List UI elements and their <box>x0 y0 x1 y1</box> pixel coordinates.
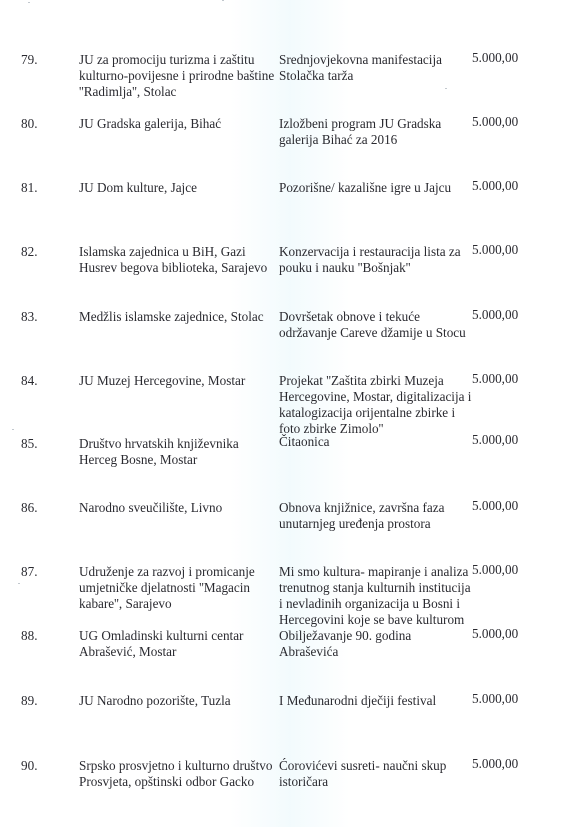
program-line: Konzervacija i restauracija lista za <box>279 244 469 260</box>
organization-line: Medžlis islamske zajednice, Stolac <box>79 309 274 325</box>
program: Dovršetak obnove i tekuće održavanje Car… <box>279 309 469 341</box>
row-number: 79. <box>21 52 61 68</box>
organization-line: Udruženje za razvoj i promicanje <box>79 564 274 580</box>
program-line: Srednjovjekovna manifestacija <box>279 52 469 68</box>
row-number: 82. <box>21 244 61 260</box>
amount: 5.000,00 <box>472 432 552 448</box>
program-line: I Međunarodni dječiji festival <box>279 693 469 709</box>
organization: Medžlis islamske zajednice, Stolac <box>79 309 274 325</box>
scan-speck <box>18 583 20 584</box>
organization-line: kabare'', Sarajevo <box>79 596 274 612</box>
amount: 5.000,00 <box>472 498 552 514</box>
program-line: Čitaonica <box>279 434 469 450</box>
row-number: 86. <box>21 500 61 516</box>
amount: 5.000,00 <box>472 50 552 66</box>
organization-line: kulturno-povijesne i prirodne baštine <box>79 68 274 84</box>
organization: Narodno sveučilište, Livno <box>79 500 274 516</box>
program: Izložbeni program JU Gradska galerija Bi… <box>279 116 469 148</box>
amount: 5.000,00 <box>472 756 552 772</box>
amount: 5.000,00 <box>472 562 552 578</box>
amount: 5.000,00 <box>472 307 552 323</box>
program-line: unutarnjeg uređenja prostora <box>279 516 469 532</box>
program-line: i nevladinih organizacija u Bosni i <box>279 596 469 612</box>
program-line: istoričara <box>279 774 469 790</box>
scan-speck <box>12 429 14 430</box>
program: Konzervacija i restauracija lista za pou… <box>279 244 469 276</box>
organization-line: Abrašević, Mostar <box>79 644 274 660</box>
program-line: galerija Bihać za 2016 <box>279 132 469 148</box>
amount: 5.000,00 <box>472 114 552 130</box>
organization-line: JU Muzej Hercegovine, Mostar <box>79 373 274 389</box>
program-line: Dovršetak obnove i tekuće <box>279 309 469 325</box>
program-line: Obnova knjižnice, završna faza <box>279 500 469 516</box>
amount: 5.000,00 <box>472 242 552 258</box>
program-line: Obilježavanje 90. godina <box>279 628 469 644</box>
program: Mi smo kultura- mapiranje i analiza tren… <box>279 564 469 628</box>
organization: JU Narodno pozorište, Tuzla <box>79 693 274 709</box>
program-line: Izložbeni program JU Gradska <box>279 116 469 132</box>
program-line: Pozorišne/ kazališne igre u Jajcu <box>279 180 469 196</box>
program: Srednjovjekovna manifestacija Stolačka t… <box>279 52 469 84</box>
organization-line: Narodno sveučilište, Livno <box>79 500 274 516</box>
organization-line: JU Gradska galerija, Bihać <box>79 116 274 132</box>
organization-line: ''Radimlja'', Stolac <box>79 84 274 100</box>
organization: JU Dom kulture, Jajce <box>79 180 274 196</box>
row-number: 81. <box>21 180 61 196</box>
program-line: trenutnog stanja kulturnih institucija <box>279 580 469 596</box>
organization-line: Herceg Bosne, Mostar <box>79 452 274 468</box>
organization-line: Društvo hrvatskih književnika <box>79 436 274 452</box>
row-number: 87. <box>21 564 61 580</box>
document-page: 79. JU za promociju turizma i zaštitu ku… <box>0 0 567 827</box>
organization: Srpsko prosvjetno i kulturno društvo Pro… <box>79 758 274 790</box>
program: Čitaonica <box>279 434 469 450</box>
program-line: Hercegovini koje se bave kulturom <box>279 612 469 628</box>
program-line: Stolačka tarža <box>279 68 469 84</box>
program-line: Projekat ''Zaštita zbirki Muzeja <box>279 373 469 389</box>
organization: JU Gradska galerija, Bihać <box>79 116 274 132</box>
amount: 5.000,00 <box>472 371 552 387</box>
row-number: 88. <box>21 628 61 644</box>
organization-line: Srpsko prosvjetno i kulturno društvo <box>79 758 274 774</box>
program-line: Hercegovine, Mostar, digitalizacija i <box>279 389 469 405</box>
program: Projekat ''Zaštita zbirki Muzeja Hercego… <box>279 373 469 437</box>
organization-line: Islamska zajednica u BiH, Gazi <box>79 244 274 260</box>
program-line: katalogizacija orijentalne zbirke i <box>279 405 469 421</box>
row-number: 89. <box>21 693 61 709</box>
program-line: Ćorovićevi susreti- naučni skup <box>279 758 469 774</box>
program: Obilježavanje 90. godina Abraševića <box>279 628 469 660</box>
program: Ćorovićevi susreti- naučni skup istoriča… <box>279 758 469 790</box>
amount: 5.000,00 <box>472 178 552 194</box>
row-number: 83. <box>21 309 61 325</box>
organization: UG Omladinski kulturni centar Abrašević,… <box>79 628 274 660</box>
program-line: Abraševića <box>279 644 469 660</box>
scan-speck <box>445 88 447 89</box>
organization-line: JU za promociju turizma i zaštitu <box>79 52 274 68</box>
organization: JU Muzej Hercegovine, Mostar <box>79 373 274 389</box>
organization-line: JU Dom kulture, Jajce <box>79 180 274 196</box>
row-number: 80. <box>21 116 61 132</box>
organization: JU za promociju turizma i zaštitu kultur… <box>79 52 274 100</box>
program: Obnova knjižnice, završna faza unutarnje… <box>279 500 469 532</box>
row-number: 85. <box>21 436 61 452</box>
organization: Udruženje za razvoj i promicanje umjetni… <box>79 564 274 612</box>
organization-line: Prosvjeta, opštinski odbor Gacko <box>79 774 274 790</box>
organization: Islamska zajednica u BiH, Gazi Husrev be… <box>79 244 274 276</box>
organization-line: Husrev begova biblioteka, Sarajevo <box>79 260 274 276</box>
amount: 5.000,00 <box>472 626 552 642</box>
organization-line: umjetničke djelatnosti ''Magacin <box>79 580 274 596</box>
organization-line: JU Narodno pozorište, Tuzla <box>79 693 274 709</box>
scan-speck <box>222 0 224 1</box>
row-number: 84. <box>21 373 61 389</box>
scan-speck <box>28 2 30 3</box>
program: I Međunarodni dječiji festival <box>279 693 469 709</box>
program-line: pouku i nauku ''Bošnjak'' <box>279 260 469 276</box>
program-line: održavanje Careve džamije u Stocu <box>279 325 469 341</box>
amount: 5.000,00 <box>472 691 552 707</box>
organization: Društvo hrvatskih književnika Herceg Bos… <box>79 436 274 468</box>
organization-line: UG Omladinski kulturni centar <box>79 628 274 644</box>
program: Pozorišne/ kazališne igre u Jajcu <box>279 180 469 196</box>
row-number: 90. <box>21 758 61 774</box>
program-line: Mi smo kultura- mapiranje i analiza <box>279 564 469 580</box>
